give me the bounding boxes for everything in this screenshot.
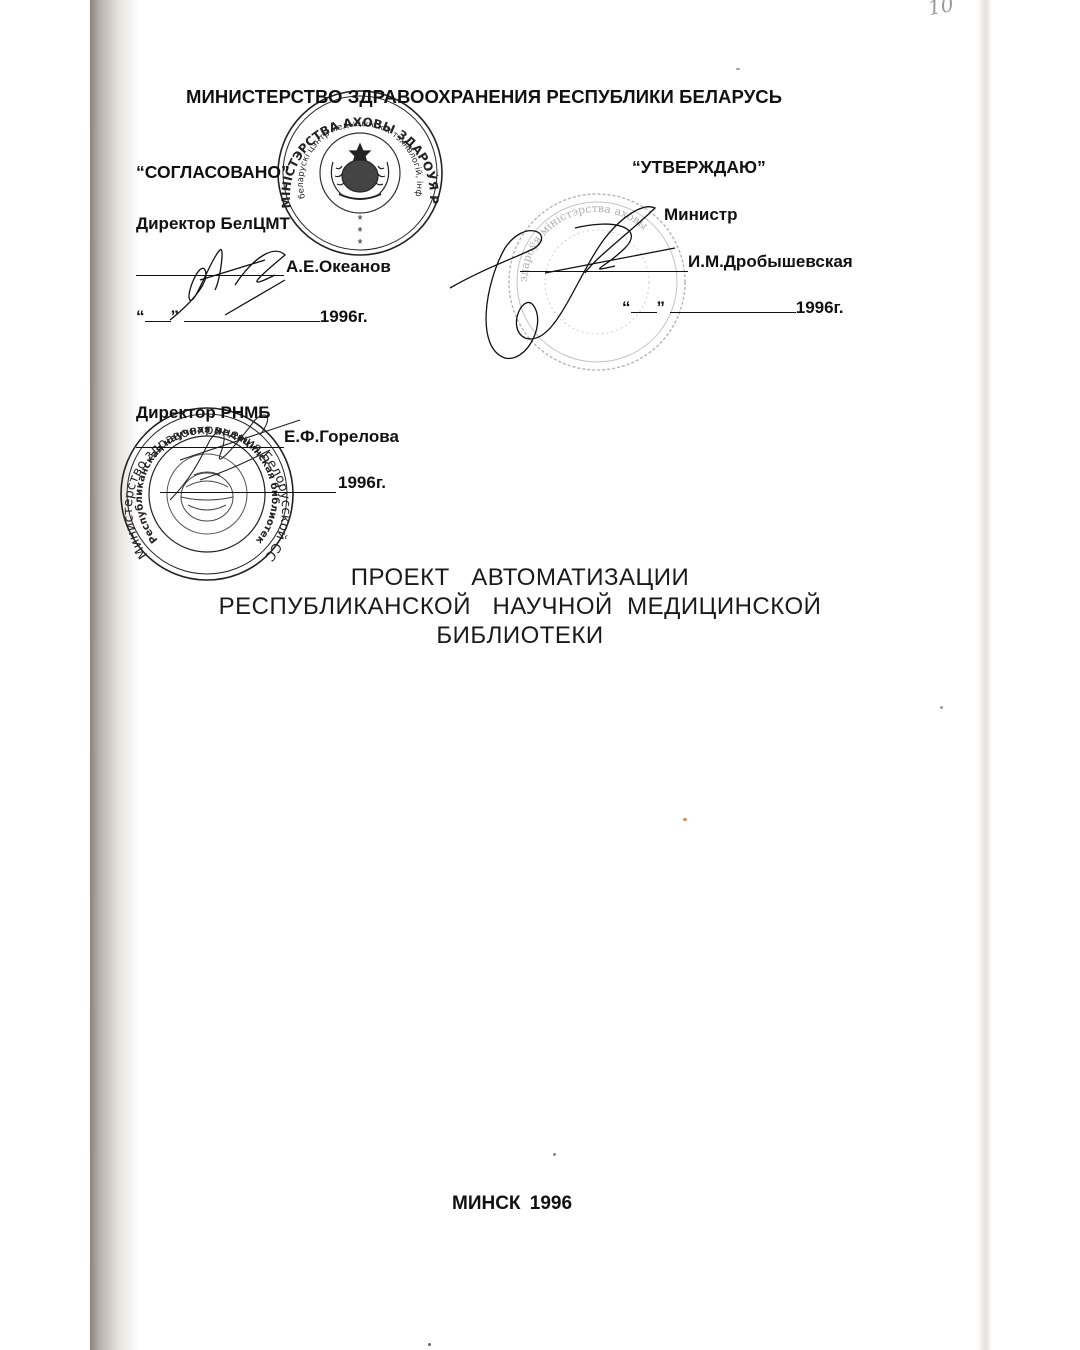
svg-text:Министерство здравоохранения Б: Министерство здравоохранения Белорусской… [118, 405, 293, 564]
date-year: 1996г. [320, 307, 368, 326]
date-close-quote: ” [657, 298, 666, 317]
director-belcmt-name: А.Е.Океанов [286, 257, 391, 277]
handwritten-page-number: 10 [926, 0, 955, 20]
seal-star-icon: * [357, 236, 362, 251]
rnmb-seal: Министерство здравоохранения Белорусской… [118, 405, 296, 583]
title-line: РЕСПУБЛИКАНСКОЙ НАУЧНОЙ МЕДИЦИНСКОЙ [180, 592, 860, 621]
page-gutter-shadow [90, 0, 140, 1350]
scan-speck [683, 818, 687, 821]
signature-drobyshevskaya [445, 188, 685, 378]
signature-line [520, 271, 688, 272]
title-line: ПРОЕКТ АВТОМАТИЗАЦИИ [180, 563, 860, 592]
ministry-header: МИНИСТЕРСТВО ЗДРАВООХРАНЕНИЯ РЕСПУБЛИКИ … [186, 86, 782, 108]
minister-name: И.М.Дробышевская [688, 252, 853, 272]
director-rnmb-date: 1996г. [338, 473, 386, 493]
minister-date: “” 1996г. [622, 298, 844, 318]
minister-stamp: здароўя міністэрства аховы [505, 190, 690, 375]
approve-label: “УТВЕРЖДАЮ” [632, 157, 766, 178]
date-year: 1996г. [796, 298, 844, 317]
page-right-edge [978, 0, 992, 1350]
scan-speck [553, 1153, 556, 1156]
belcmt-seal: МІНІСТЭРСТВА АХОВЫ ЗДАРОЎЯ РЭСПУБЛІКІ БЕ… [275, 88, 445, 258]
date-month-blank [184, 307, 320, 322]
director-belcmt-title: Директор БелЦМТ [136, 214, 290, 234]
emblem-icon [181, 472, 233, 521]
emblem-icon [331, 144, 388, 199]
date-line [160, 492, 336, 493]
date-day-blank [631, 298, 657, 313]
scan-speck [736, 68, 740, 70]
title-line: БИБЛИОТЕКИ [180, 621, 860, 650]
minister-title: Министр [664, 205, 738, 225]
rnmb-seal-inner-text: Республиканская научная медицинская библ… [118, 405, 281, 546]
signature-line [136, 275, 284, 276]
svg-text:Республиканская научная медици: Республиканская научная медицинская библ… [118, 405, 281, 546]
scan-speck [428, 1343, 431, 1346]
date-open-quote: “ [136, 307, 145, 326]
document-title: ПРОЕКТ АВТОМАТИЗАЦИИ РЕСПУБЛИКАНСКОЙ НАУ… [180, 563, 860, 650]
director-rnmb-title: Директор РНМБ [136, 403, 271, 423]
date-open-quote: “ [622, 298, 631, 317]
date-close-quote: ” [171, 307, 180, 326]
seal-star-icon: * [357, 224, 362, 239]
scan-speck [940, 706, 943, 709]
signature-line [136, 447, 284, 448]
rnmb-seal-outer-text: Министерство здравоохранения Белорусской… [118, 405, 293, 564]
director-belcmt-date: “” 1996г. [136, 307, 368, 327]
place-and-year: МИНСК 1996 [452, 1193, 572, 1215]
director-rnmb-name: Е.Ф.Горелова [284, 427, 399, 447]
date-month-blank [670, 298, 796, 313]
seal-star-icon: * [357, 212, 362, 227]
date-day-blank [145, 307, 171, 322]
agreed-label: “СОГЛАСОВАНО” [136, 162, 290, 183]
